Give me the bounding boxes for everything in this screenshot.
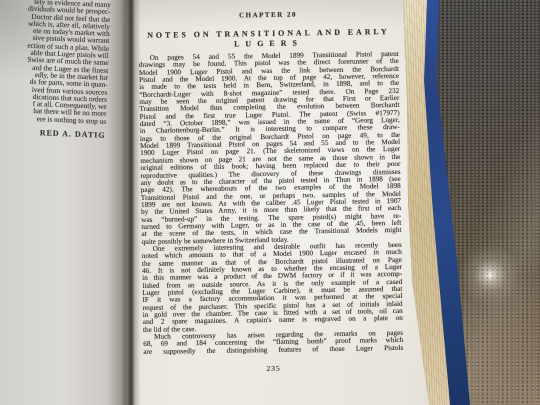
left-page-lines: tely in evidence and manydividuals would… <box>0 0 111 125</box>
left-page-text-fragment: tely in evidence and manydividuals would… <box>0 0 111 140</box>
right-page-text: CHAPTER 20 NOTES ON TRANSITIONAL AND EAR… <box>138 9 404 375</box>
body-text: On pages 54 and 55 the Model 1899 Transi… <box>139 51 404 356</box>
book-photo: tely in evidence and manydividuals would… <box>0 0 540 405</box>
